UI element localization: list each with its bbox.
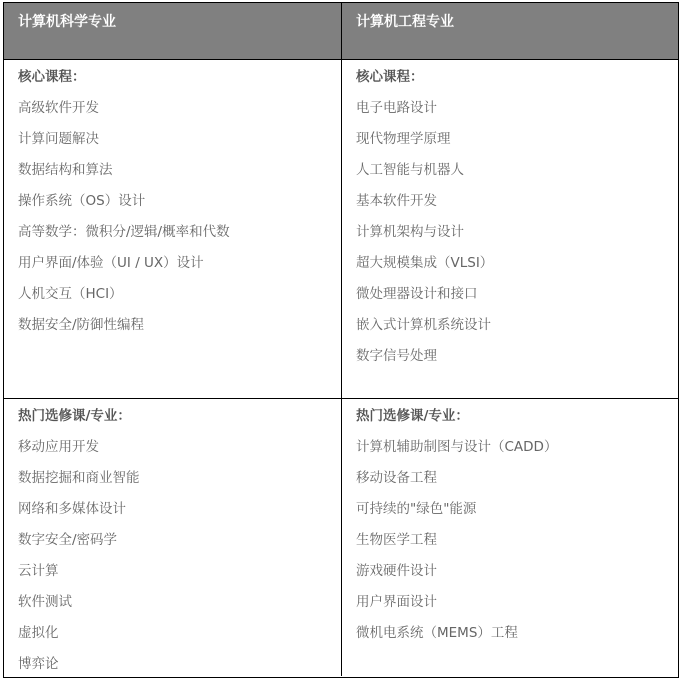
list-item: 游戏硬件设计: [356, 563, 678, 594]
list-item: 操作系统（OS）设计: [18, 193, 341, 224]
cs-core-cell: 核心课程： 高级软件开发 计算问题解决 数据结构和算法 操作系统（OS）设计 高…: [4, 60, 342, 398]
ce-electives-cell: 热门选修课/专业： 计算机辅助制图与设计（CADD） 移动设备工程 可持续的"绿…: [342, 399, 678, 676]
table-header-row: 计算机科学专业 计算机工程专业: [4, 3, 678, 60]
list-item: 电子电路设计: [356, 100, 678, 131]
list-item: 软件测试: [18, 594, 341, 625]
comparison-table: 计算机科学专业 计算机工程专业 核心课程： 高级软件开发 计算问题解决 数据结构…: [3, 2, 679, 678]
cs-core-list: 高级软件开发 计算问题解决 数据结构和算法 操作系统（OS）设计 高等数学：微积…: [18, 100, 341, 348]
list-item: 高级软件开发: [18, 100, 341, 131]
list-item: 生物医学工程: [356, 532, 678, 563]
column-header-ce: 计算机工程专业: [342, 3, 678, 59]
list-item: 数据挖掘和商业智能: [18, 470, 341, 501]
cs-electives-cell: 热门选修课/专业： 移动应用开发 数据挖掘和商业智能 网络和多媒体设计 数字安全…: [4, 399, 342, 676]
list-item: 数据安全/防御性编程: [18, 317, 341, 348]
list-item: 云计算: [18, 563, 341, 594]
list-item: 微处理器设计和接口: [356, 286, 678, 317]
list-item: 现代物理学原理: [356, 131, 678, 162]
ce-electives-list: 计算机辅助制图与设计（CADD） 移动设备工程 可持续的"绿色"能源 生物医学工…: [356, 439, 678, 656]
list-item: 人机交互（HCI）: [18, 286, 341, 317]
list-item: 计算机架构与设计: [356, 224, 678, 255]
list-item: 用户界面设计: [356, 594, 678, 625]
ce-core-heading: 核心课程：: [356, 69, 678, 100]
list-item: 超大规模集成（VLSI）: [356, 255, 678, 286]
list-item: 移动应用开发: [18, 439, 341, 470]
list-item: 博弈论: [18, 656, 341, 681]
list-item: 虚拟化: [18, 625, 341, 656]
column-header-cs: 计算机科学专业: [4, 3, 342, 59]
electives-row: 热门选修课/专业： 移动应用开发 数据挖掘和商业智能 网络和多媒体设计 数字安全…: [4, 399, 678, 676]
list-item: 网络和多媒体设计: [18, 501, 341, 532]
cs-electives-list: 移动应用开发 数据挖掘和商业智能 网络和多媒体设计 数字安全/密码学 云计算 软…: [18, 439, 341, 681]
cs-core-heading: 核心课程：: [18, 69, 341, 100]
list-item: 移动设备工程: [356, 470, 678, 501]
list-item: 人工智能与机器人: [356, 162, 678, 193]
list-item: 用户界面/体验（UI / UX）设计: [18, 255, 341, 286]
ce-electives-heading: 热门选修课/专业：: [356, 408, 678, 439]
core-courses-row: 核心课程： 高级软件开发 计算问题解决 数据结构和算法 操作系统（OS）设计 高…: [4, 60, 678, 399]
list-item: 计算机辅助制图与设计（CADD）: [356, 439, 678, 470]
list-item: 数字信号处理: [356, 348, 678, 379]
list-item: 微机电系统（MEMS）工程: [356, 625, 678, 656]
list-item: 嵌入式计算机系统设计: [356, 317, 678, 348]
ce-core-cell: 核心课程： 电子电路设计 现代物理学原理 人工智能与机器人 基本软件开发 计算机…: [342, 60, 678, 398]
list-item: 可持续的"绿色"能源: [356, 501, 678, 532]
list-item: 计算问题解决: [18, 131, 341, 162]
cs-electives-heading: 热门选修课/专业：: [18, 408, 341, 439]
list-item: 基本软件开发: [356, 193, 678, 224]
list-item: 数字安全/密码学: [18, 532, 341, 563]
ce-core-list: 电子电路设计 现代物理学原理 人工智能与机器人 基本软件开发 计算机架构与设计 …: [356, 100, 678, 379]
list-item: 高等数学：微积分/逻辑/概率和代数: [18, 224, 341, 255]
list-item: 数据结构和算法: [18, 162, 341, 193]
